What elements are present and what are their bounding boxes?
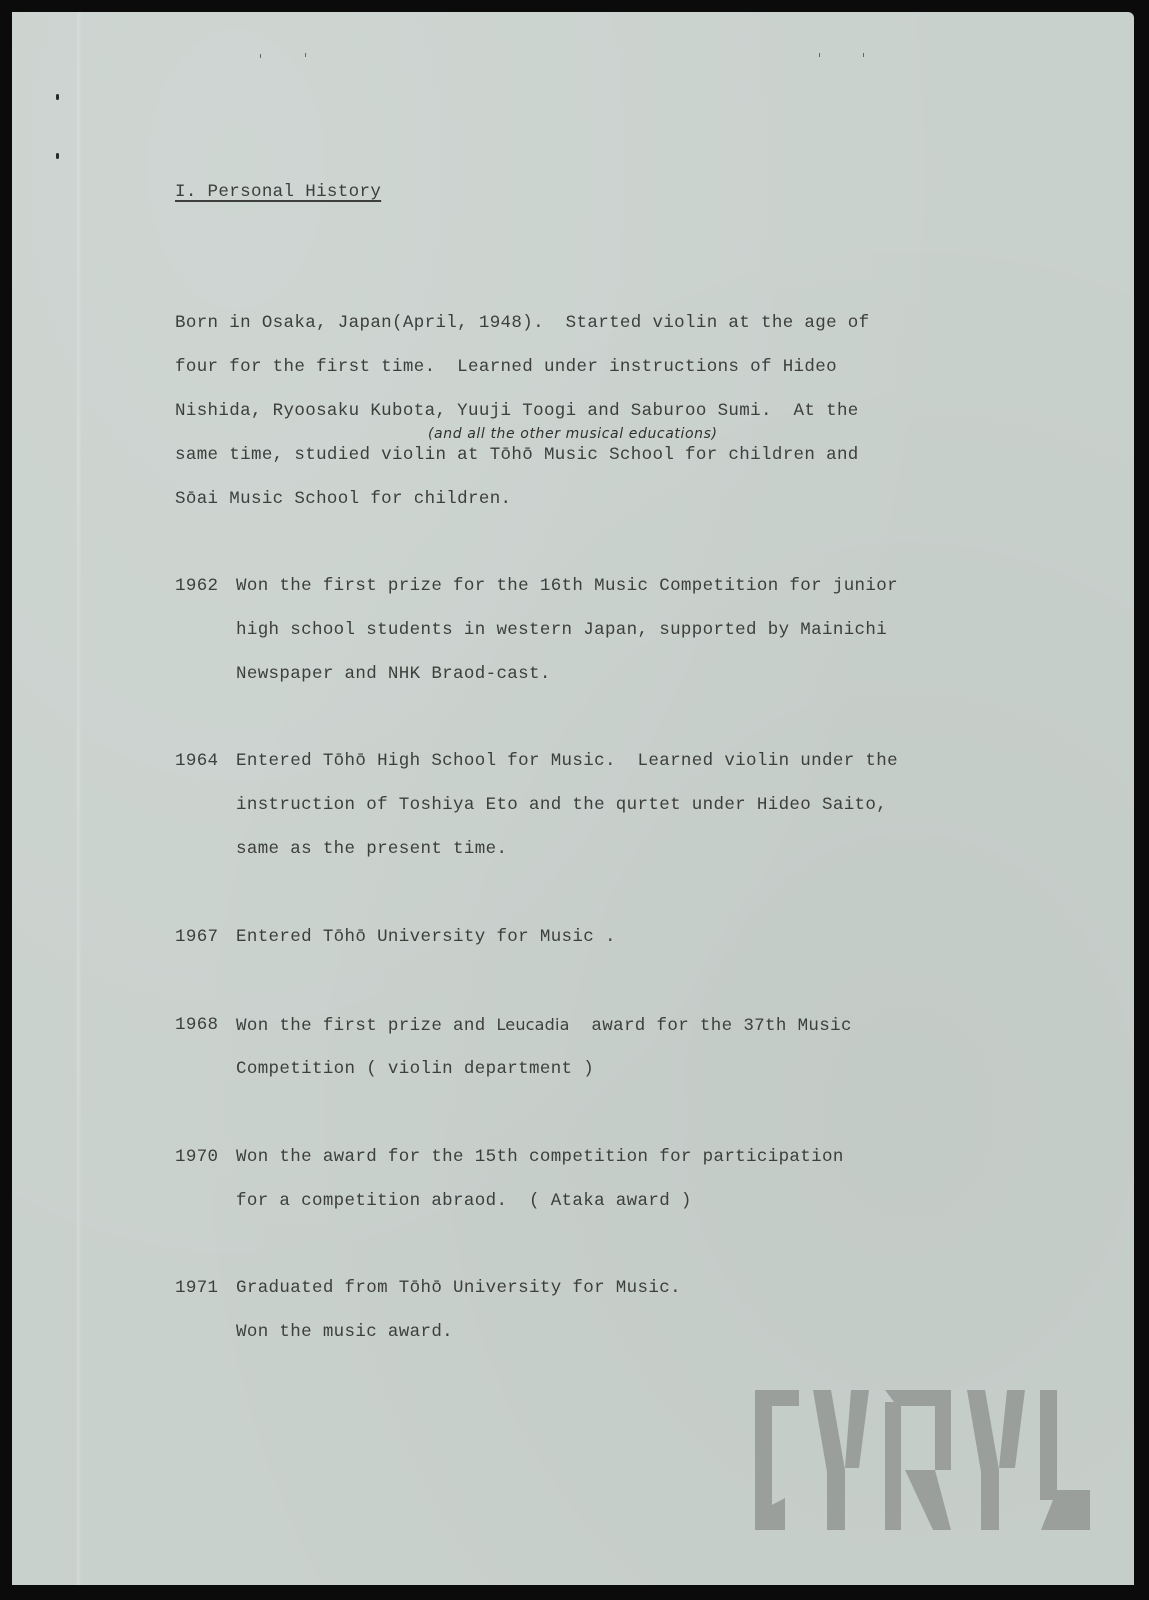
intro-line: Born in Osaka, Japan(April, 1948). Start… <box>175 313 870 333</box>
paper-mark <box>260 54 261 58</box>
entry-year: 1962 <box>175 576 218 596</box>
intro-line: same time, studied violin at Tōhō Music … <box>175 445 859 465</box>
punch-hole-mark <box>56 94 59 100</box>
entry-line: Won the first prize for the 16th Music C… <box>236 576 898 596</box>
entry-line: Entered Tōhō High School for Music. Lear… <box>236 751 898 771</box>
entry-line: same as the present time. <box>236 839 507 859</box>
entry-line: high school students in western Japan, s… <box>236 620 887 640</box>
entry-line: Newspaper and NHK Braod-cast. <box>236 664 551 684</box>
entry-year: 1967 <box>175 927 218 947</box>
entry-line: Won the music award. <box>236 1322 453 1342</box>
entry-year: 1970 <box>175 1147 218 1167</box>
section-heading: I. Personal History <box>175 182 381 202</box>
intro-line: four for the first time. Learned under i… <box>175 357 837 377</box>
paper-mark <box>305 53 306 57</box>
intro-line: Sōai Music School for children. <box>175 489 511 509</box>
entry-year: 1968 <box>175 1015 218 1035</box>
cyryl-watermark-logo <box>755 1390 1090 1530</box>
handwritten-word: Leucadia <box>496 1015 569 1034</box>
document-page: I. Personal History Born in Osaka, Japan… <box>12 12 1134 1585</box>
entry-line: Entered Tōhō University for Music . <box>236 927 616 947</box>
entry-line: instruction of Toshiya Eto and the qurte… <box>236 795 887 815</box>
entry-text: award for the 37th Music <box>570 1016 852 1036</box>
handwritten-insert: (and all the other musical educations) <box>428 426 718 442</box>
entry-line: Won the award for the 15th competition f… <box>236 1147 844 1167</box>
entry-line: Competition ( violin department ) <box>236 1059 594 1079</box>
entry-text: Won the first prize and <box>236 1016 496 1036</box>
entry-year: 1971 <box>175 1278 218 1298</box>
paper-mark <box>863 53 864 57</box>
entry-line: for a competition abraod. ( Ataka award … <box>236 1191 692 1211</box>
paper-mark <box>819 53 820 57</box>
intro-line: Nishida, Ryoosaku Kubota, Yuuji Toogi an… <box>175 401 859 421</box>
entry-line: Graduated from Tōhō University for Music… <box>236 1278 681 1298</box>
punch-hole-mark <box>56 153 59 159</box>
entry-line: Won the first prize and Leucadia award f… <box>236 1015 852 1036</box>
entry-year: 1964 <box>175 751 218 771</box>
